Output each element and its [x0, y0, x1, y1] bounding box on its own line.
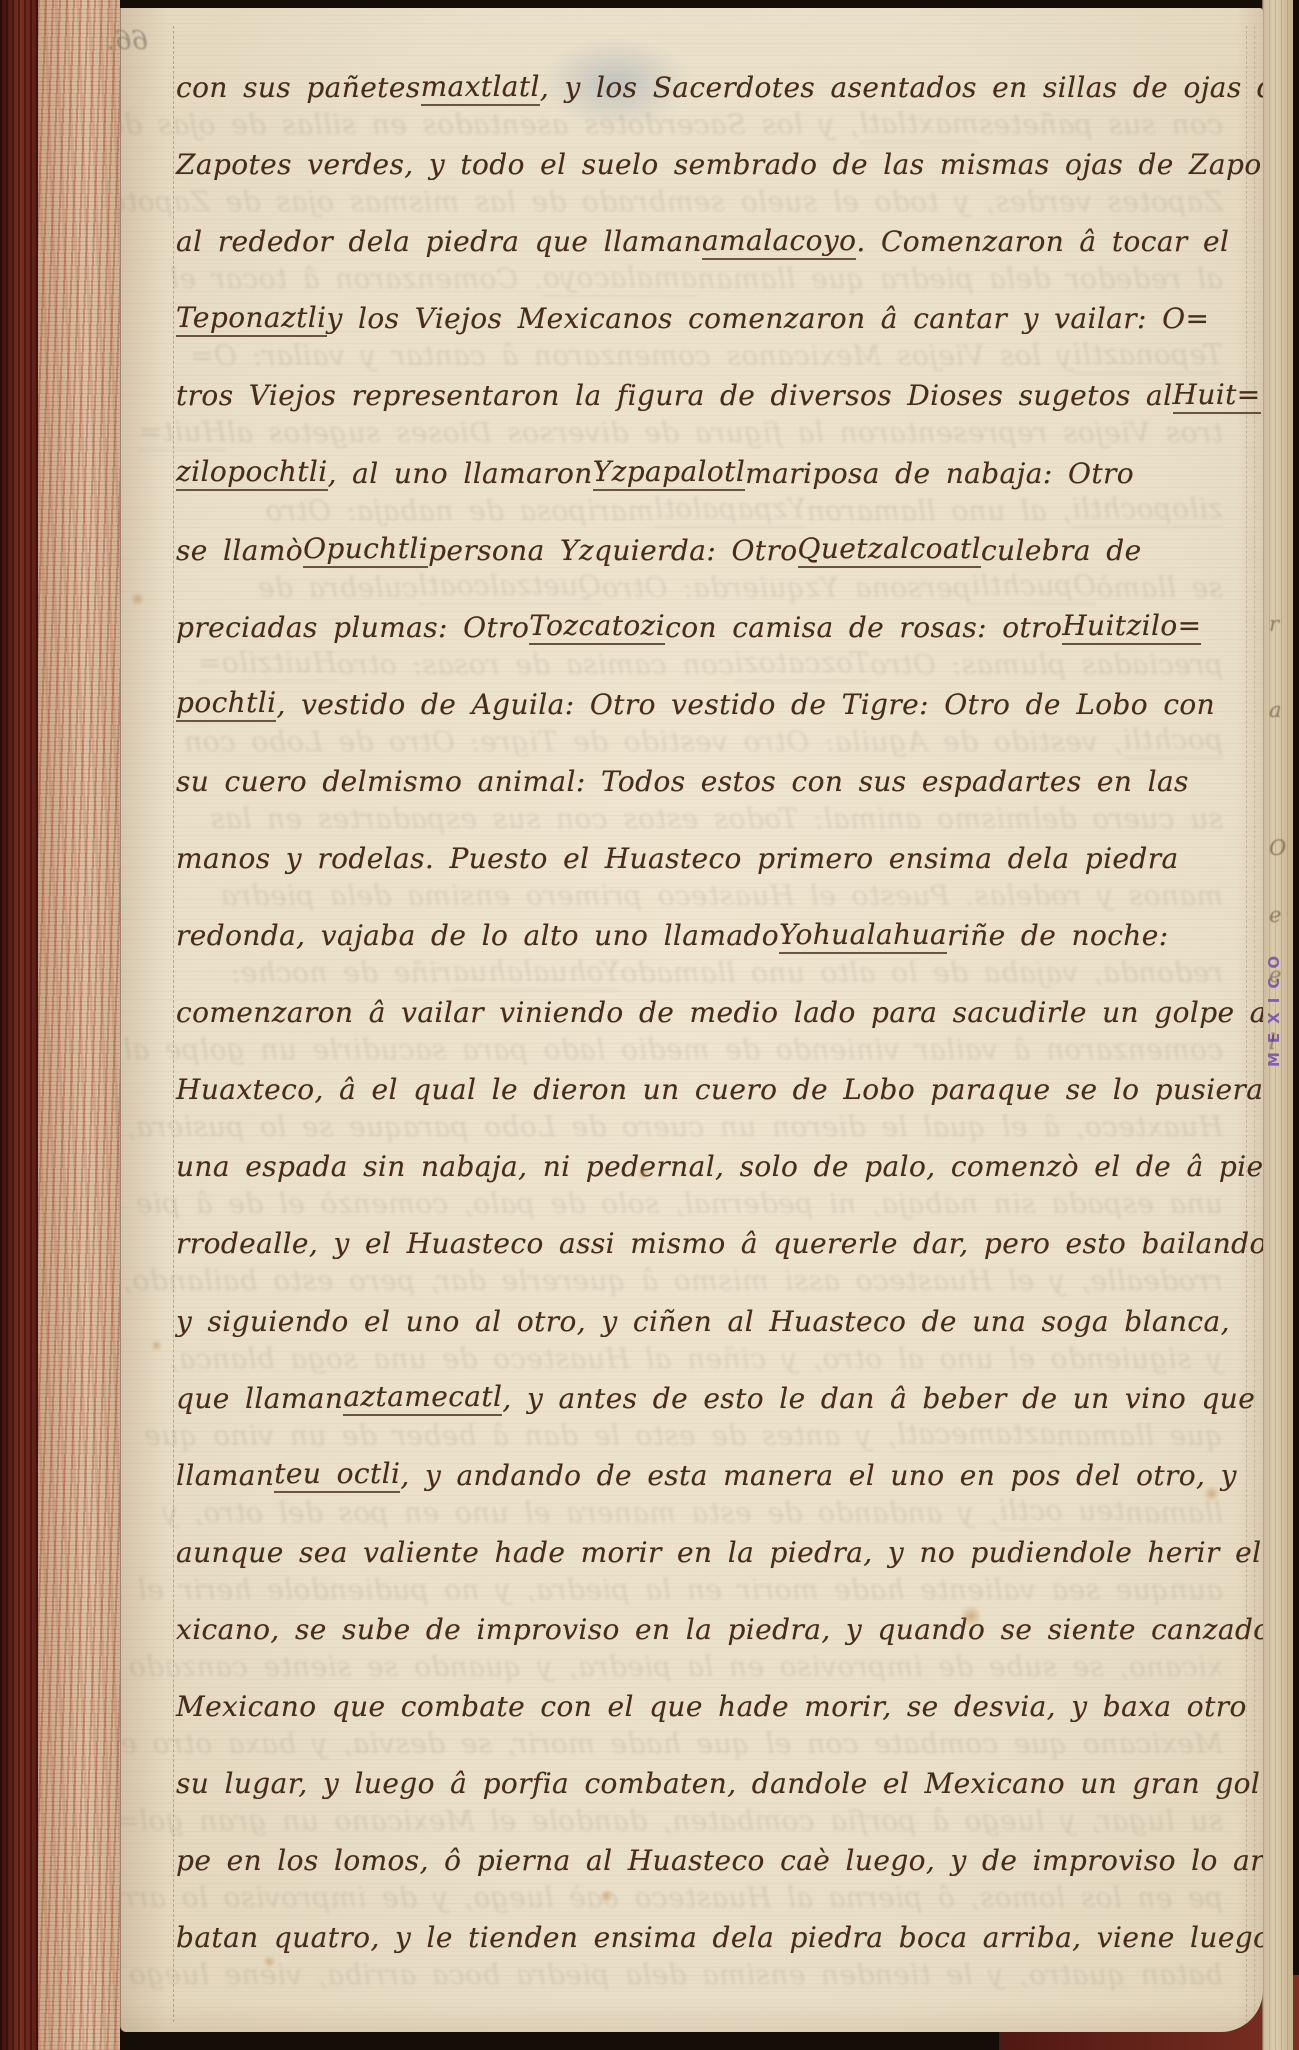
underlined-term: teu octli: [274, 1457, 400, 1493]
manuscript-text: llaman: [176, 1459, 274, 1492]
manuscript-text: que llaman: [176, 1382, 343, 1415]
manuscript-line: batan quatro, y le tienden ensima dela p…: [176, 1899, 1257, 1976]
foxing-spot: [263, 1956, 276, 1967]
underlined-term: Teponaztli: [176, 301, 327, 337]
manuscript-line: tros Viejos representaron la figura de d…: [176, 357, 1257, 434]
manuscript-text: Zapotes verdes, y todo el suelo sembrado…: [176, 148, 1263, 181]
manuscript-text: comenzaron â vailar viniendo de medio la…: [176, 996, 1263, 1029]
manuscript-text: al rededor dela piedra que llaman: [176, 225, 702, 258]
manuscript-line: con sus pañetes maxtlatl, y los Sacerdot…: [176, 49, 1257, 126]
manuscript-line: una espada sin nabaja, ni pedernal, solo…: [176, 1128, 1257, 1205]
edge-text-fragment: l: [1269, 1030, 1276, 1054]
manuscript-line: llaman teu octli, y andando de esta mane…: [176, 1437, 1257, 1514]
foxing-spot: [599, 1890, 614, 1903]
manuscript-text: rrodealle, y el Huasteco assi mismo â qu…: [176, 1227, 1263, 1260]
manuscript-line: Teponaztli y los Viejos Mexicanos comenz…: [176, 280, 1257, 357]
manuscript-line: su cuero delmismo animal: Todos estos co…: [176, 743, 1257, 820]
edge-text-fragment: e: [1269, 903, 1281, 927]
manuscript-line: manos y rodelas. Puesto el Huasteco prim…: [176, 820, 1257, 897]
manuscript-text: su lugar, y luego â porfia combaten, dan…: [176, 1767, 1263, 1800]
manuscript-text: con camisa de rosas: otro: [665, 611, 1062, 644]
manuscript-text: tros Viejos representaron la figura de d…: [176, 379, 1173, 412]
manuscript-text: , vestido de Aguila: Otro vestido de Tig…: [276, 688, 1215, 721]
underlined-term: Tozcatozi: [529, 609, 665, 645]
manuscript-text: Huaxteco, â el qual le dieron un cuero d…: [176, 1073, 1263, 1106]
manuscript-text: y los Viejos Mexicanos comenzaron â cant…: [327, 302, 1210, 335]
manuscript-text: persona Yzquierda: Otro: [428, 534, 797, 567]
manuscript-line: aunque sea valiente hade morir en la pie…: [176, 1514, 1257, 1591]
manuscript-text: su cuero delmismo animal: Todos estos co…: [176, 765, 1189, 798]
manuscript-text-block: con sus pañetes maxtlatl, y los Sacerdot…: [176, 49, 1257, 1976]
margin-rule-left: [173, 26, 174, 2022]
manuscript-line: redonda, vajaba de lo alto uno llamado Y…: [176, 897, 1257, 974]
underlined-term: Yohualahua: [779, 918, 947, 954]
manuscript-line: su lugar, y luego â porfia combaten, dan…: [176, 1745, 1257, 1822]
manuscript-text: , al uno llamaron: [328, 457, 593, 490]
manuscript-text: Mexicano que combate con el que hade mor…: [176, 1690, 1263, 1723]
manuscript-line: Zapotes verdes, y todo el suelo sembrado…: [176, 126, 1257, 203]
manuscript-text: batan quatro, y le tienden ensima dela p…: [176, 1921, 1263, 1954]
manuscript-text: mariposa de nabaja: Otro: [745, 457, 1134, 490]
underlined-term: aztamecatl: [343, 1380, 502, 1416]
manuscript-line: comenzaron â vailar viniendo de medio la…: [176, 974, 1257, 1051]
manuscript-text: , y andando de esta manera el uno en pos…: [400, 1459, 1237, 1492]
manuscript-line: pe en los lomos, ô pierna al Huasteco ca…: [176, 1822, 1257, 1899]
manuscript-text: . Comenzaron â tocar el: [856, 225, 1229, 258]
manuscript-line: se llamò Opuchtli persona Yzquierda: Otr…: [176, 512, 1257, 589]
manuscript-text: culebra de: [981, 534, 1142, 567]
manuscript-line: que llaman aztamecatl, y antes de esto l…: [176, 1360, 1257, 1437]
manuscript-text: preciadas plumas: Otro: [176, 611, 529, 644]
underlined-term: maxtlatl: [421, 70, 540, 106]
underlined-term: Opuchtli: [303, 532, 428, 568]
manuscript-text: redonda, vajaba de lo alto uno llamado: [176, 919, 779, 952]
underlined-term: Huit=: [1173, 378, 1261, 414]
manuscript-text: se llamò: [176, 534, 303, 567]
manuscript-text: pe en los lomos, ô pierna al Huasteco ca…: [176, 1844, 1263, 1877]
manuscript-text: riñe de noche:: [947, 919, 1168, 952]
manuscript-page: con sus pañetes maxtlatl, y los Sacerdot…: [120, 8, 1263, 2032]
underlined-term: Yzpapalotl: [593, 455, 746, 491]
manuscript-line: xicano, se sube de improviso en la piedr…: [176, 1591, 1257, 1668]
underlined-term: pochtli: [176, 686, 276, 722]
manuscript-line: rrodealle, y el Huasteco assi mismo â qu…: [176, 1205, 1257, 1282]
manuscript-text: una espada sin nabaja, ni pedernal, solo…: [176, 1150, 1263, 1183]
manuscript-text: manos y rodelas. Puesto el Huasteco prim…: [176, 842, 1179, 875]
foxing-spot: [959, 1606, 983, 1626]
manuscript-text: xicano, se sube de improviso en la piedr…: [176, 1613, 1263, 1646]
foxing-spot: [637, 1168, 650, 1180]
manuscript-line: al rededor dela piedra que llaman amalac…: [176, 203, 1257, 280]
foxing-spot: [151, 1340, 162, 1351]
manuscript-line: y siguiendo el uno al otro, y ciñen al H…: [176, 1283, 1257, 1360]
edge-text-fragment: O: [1269, 836, 1286, 860]
manuscript-text: con sus pañetes: [176, 71, 421, 104]
manuscript-line: Huaxteco, â el qual le dieron un cuero d…: [176, 1051, 1257, 1128]
edge-text-fragment: a: [1269, 698, 1282, 722]
manuscript-line: zilopochtli, al uno llamaron Yzpapalotl …: [176, 434, 1257, 511]
edge-text-fragment: e: [1269, 963, 1281, 987]
underlined-term: amalacoyo: [702, 224, 856, 260]
foxing-spot: [1203, 1486, 1220, 1501]
manuscript-text: y siguiendo el uno al otro, y ciñen al H…: [176, 1305, 1230, 1338]
manuscript-line: preciadas plumas: Otro Tozcatozi con cam…: [176, 589, 1257, 666]
underlined-term: Huitzilo=: [1062, 609, 1201, 645]
manuscript-text: , y los Sacerdotes asentados en sillas d…: [540, 71, 1263, 104]
foxing-spot: [131, 592, 144, 606]
page-edge-stack: [38, 0, 120, 2050]
edge-text-fragment: r: [1269, 612, 1279, 636]
facing-page-edge: MEXICO r a O e e l: [1262, 0, 1293, 2050]
underlined-term: Quetzalcoatl: [798, 532, 981, 568]
manuscript-text: aunque sea valiente hade morir en la pie…: [176, 1536, 1263, 1569]
underlined-term: zilopochtli: [176, 455, 328, 491]
manuscript-line: Mexicano que combate con el que hade mor…: [176, 1668, 1257, 1745]
manuscript-text: , y antes de esto le dan â beber de un v…: [502, 1382, 1255, 1415]
manuscript-line: pochtli, vestido de Aguila: Otro vestido…: [176, 666, 1257, 743]
book-cover-left: [0, 0, 38, 2050]
ghost-page-number: 66.: [88, 26, 148, 56]
